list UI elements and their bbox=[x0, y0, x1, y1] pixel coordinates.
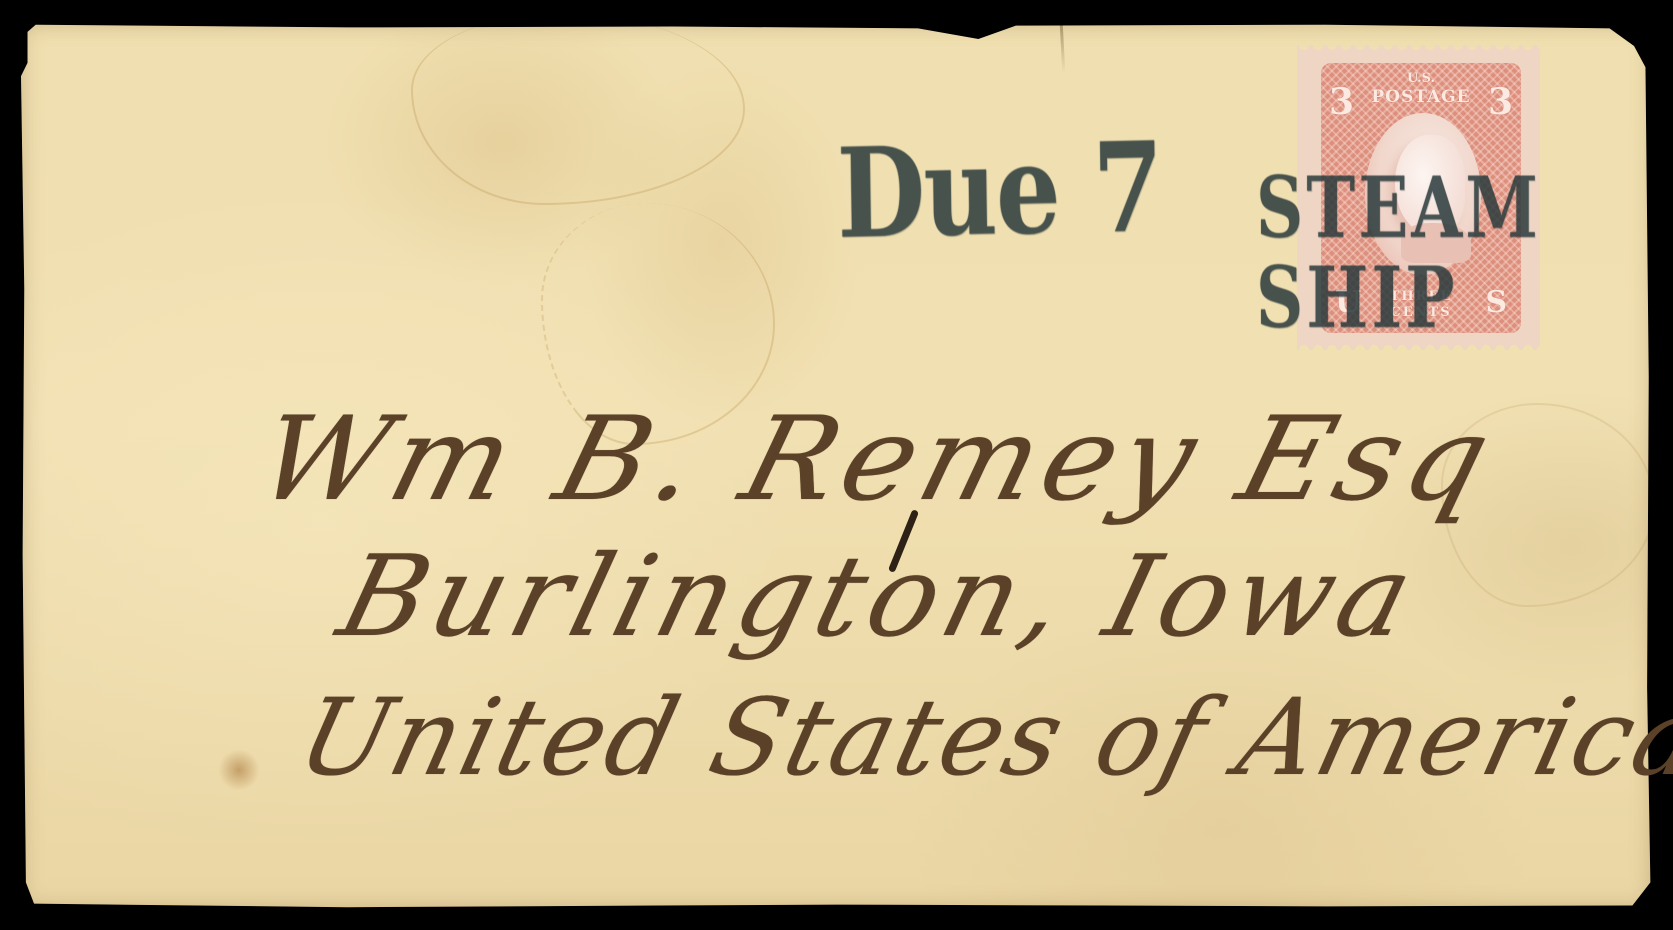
address-city-state: Burlington, Iowa bbox=[327, 532, 1431, 662]
stamp-denomination-left: 3 bbox=[1329, 81, 1354, 123]
stamp-denomination-right: 3 bbox=[1488, 81, 1513, 123]
edge-tear bbox=[1060, 23, 1066, 73]
water-stain bbox=[411, 13, 745, 205]
steam-handstamp: STEAM bbox=[1256, 158, 1541, 257]
due-handstamp: Due 7 bbox=[836, 115, 1163, 267]
address-addressee: Wm B. Remey Esq bbox=[245, 392, 1509, 527]
address-country: United States of America bbox=[288, 676, 1673, 799]
foxing-spot bbox=[218, 749, 260, 791]
photo-backdrop: U.S. POSTAGE 3 3 U S THREE CENTS Due 7 S… bbox=[0, 0, 1673, 930]
ship-handstamp: SHIP bbox=[1256, 248, 1458, 347]
